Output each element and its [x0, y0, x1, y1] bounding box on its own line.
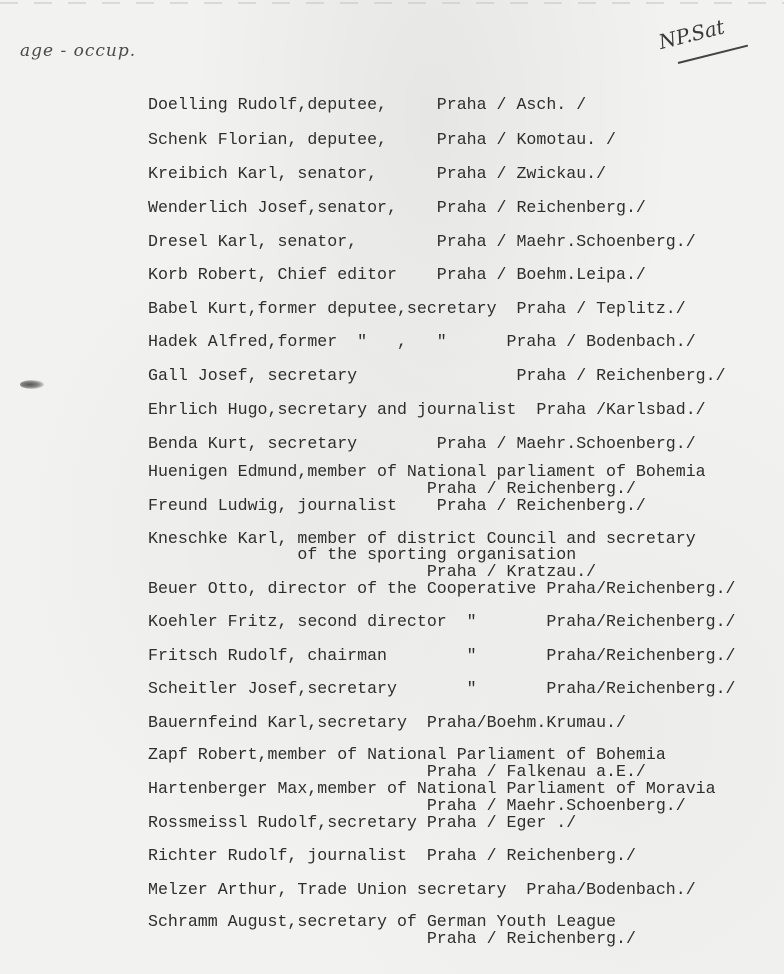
list-item: Gall Josef, secretary Praha / Reichenber… — [148, 367, 726, 385]
list-item: Richter Rudolf, journalist Praha / Reich… — [148, 847, 636, 865]
list-item: Koehler Fritz, second director " Praha/R… — [148, 613, 736, 631]
list-item: Melzer Arthur, Trade Union secretary Pra… — [148, 881, 696, 899]
list-item: Doelling Rudolf,deputee, Praha / Asch. / — [148, 96, 586, 114]
list-item: Freund Ludwig, journalist Praha / Reiche… — [148, 497, 646, 515]
list-item: Ehrlich Hugo,secretary and journalist Pr… — [148, 401, 706, 419]
list-item: Rossmeissl Rudolf,secretary Praha / Eger… — [148, 814, 576, 832]
list-item: Korb Robert, Chief editor Praha / Boehm.… — [148, 266, 646, 284]
list-item: Scheitler Josef,secretary " Praha/Reiche… — [148, 680, 736, 698]
list-item: Schenk Florian, deputee, Praha / Komotau… — [148, 131, 616, 149]
list-item-continuation: Praha / Reichenberg./ — [148, 930, 636, 948]
handwritten-note-archive-code: NP.Sat — [656, 15, 727, 54]
list-item: Hadek Alfred,former " , " Praha / Bodenb… — [148, 333, 696, 351]
list-item: Wenderlich Josef,senator, Praha / Reiche… — [148, 199, 646, 217]
scan-edge-mark — [0, 2, 784, 4]
list-item: Beuer Otto, director of the Cooperative … — [148, 580, 736, 598]
list-item: Bauernfeind Karl,secretary Praha/Boehm.K… — [148, 714, 626, 732]
list-item: Fritsch Rudolf, chairman " Praha/Reichen… — [148, 647, 736, 665]
handwritten-underline — [678, 45, 748, 64]
margin-ink-smudge — [20, 380, 44, 389]
list-item: Dresel Karl, senator, Praha / Maehr.Scho… — [148, 233, 696, 251]
list-item: Babel Kurt,former deputee,secretary Prah… — [148, 300, 686, 318]
handwritten-note-age-occupation: age - occup. — [20, 41, 136, 61]
scanned-page: age - occup. NP.Sat Doelling Rudolf,depu… — [0, 0, 784, 974]
list-item: Benda Kurt, secretary Praha / Maehr.Scho… — [148, 435, 696, 453]
list-item: Kreibich Karl, senator, Praha / Zwickau.… — [148, 165, 606, 183]
